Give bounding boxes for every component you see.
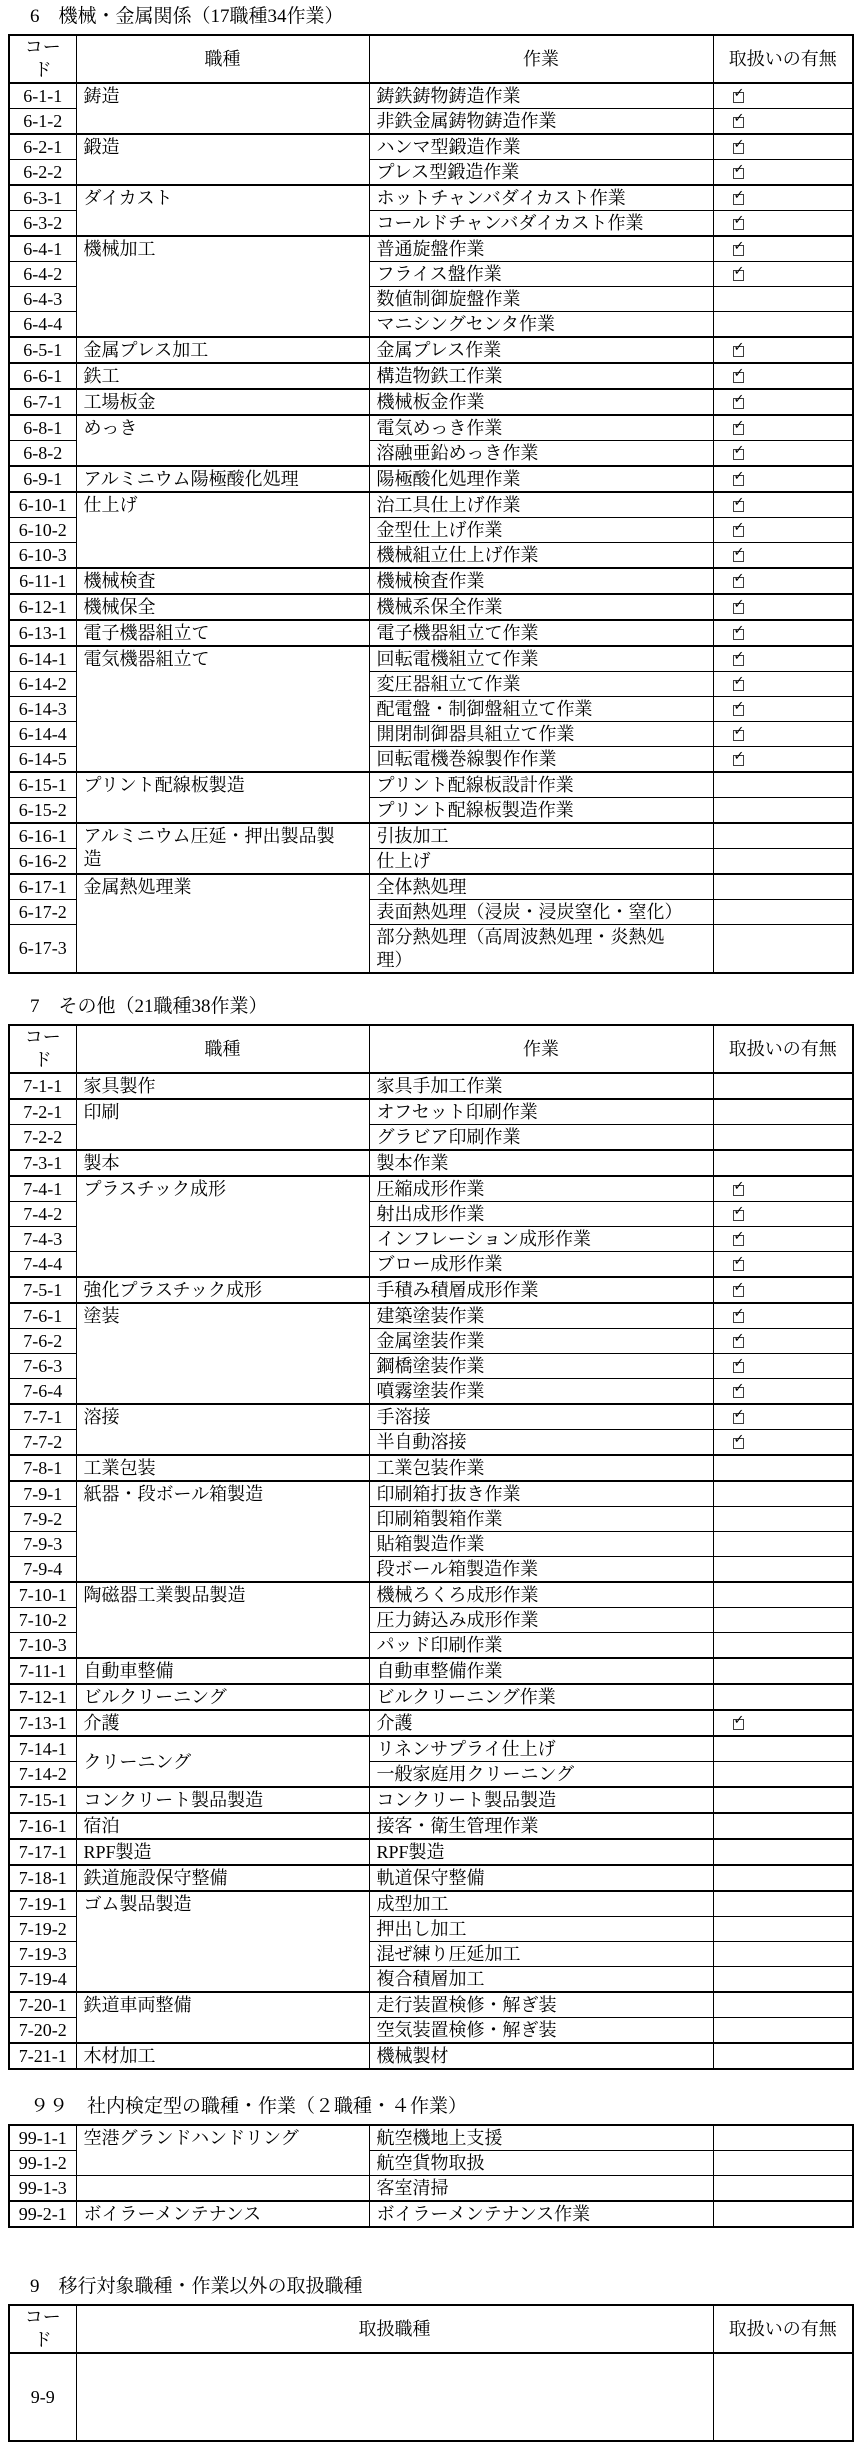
task-cell: 機械系保全作業 <box>369 594 713 620</box>
code-cell: 7-19-1 <box>9 1891 76 1917</box>
handled-cell <box>713 1787 853 1813</box>
checked-checkbox-icon: ✓ <box>733 475 744 486</box>
job-type-cell: 紙器・段ボール箱製造 <box>76 1481 369 1582</box>
job-type-cell: 強化プラスチック成形 <box>76 1277 369 1303</box>
section-title: 9 移行対象職種・作業以外の取扱職種 <box>30 2276 852 2298</box>
section-machine-metal: 6 機械・金属関係（17職種34作業） コー ド 職種 作業 取扱いの有無 6-… <box>8 6 852 974</box>
table-row: 6-13-1電子機器組立て電子機器組立て作業✓ <box>9 620 853 646</box>
job-type-cell: 機械保全 <box>76 594 369 620</box>
task-cell: 手溶接 <box>369 1404 713 1430</box>
task-cell: オフセット印刷作業 <box>369 1099 713 1125</box>
handled-cell <box>713 1942 853 1967</box>
job-type-cell: めっき <box>76 415 369 466</box>
handled-cell <box>713 1762 853 1788</box>
handled-cell <box>713 1917 853 1942</box>
checked-checkbox-icon: ✓ <box>733 680 744 691</box>
handled-cell: ✓ <box>713 83 853 109</box>
check-mark: ✓ <box>734 572 745 585</box>
handled-cell: ✓ <box>713 697 853 722</box>
code-cell: 7-6-4 <box>9 1379 76 1405</box>
job-type-cell: 電子機器組立て <box>76 620 369 646</box>
table-body: 7-1-1家具製作家具手加工作業7-2-1印刷オフセット印刷作業7-2-2グラビ… <box>9 1073 853 2069</box>
task-cell: 軌道保守整備 <box>369 1865 713 1891</box>
check-mark: ✓ <box>734 1382 745 1395</box>
checked-checkbox-icon: ✓ <box>733 1210 744 1221</box>
task-cell: 圧縮成形作業 <box>369 1176 713 1202</box>
check-mark: ✓ <box>734 393 745 406</box>
task-cell: プレス型鍛造作業 <box>369 160 713 186</box>
job-type-cell: 機械加工 <box>76 236 369 337</box>
code-column-header: コー ド <box>9 1025 76 1073</box>
table-row: 7-18-1鉄道施設保守整備軌道保守整備 <box>9 1865 853 1891</box>
jobs-table-others: コー ド 職種 作業 取扱いの有無 7-1-1家具製作家具手加工作業7-2-1印… <box>8 1024 854 2070</box>
check-mark: ✓ <box>734 138 745 151</box>
job-type-cell: 木材加工 <box>76 2043 369 2069</box>
job-type-cell: 鉄道施設保守整備 <box>76 1865 369 1891</box>
handled-cell <box>713 1073 853 1099</box>
task-cell: フライス盤作業 <box>369 262 713 287</box>
task-cell: 陽極酸化処理作業 <box>369 466 713 492</box>
handled-cell: ✓ <box>713 1404 853 1430</box>
checked-checkbox-icon: ✓ <box>733 143 744 154</box>
task-cell: 金属塗装作業 <box>369 1329 713 1354</box>
checked-checkbox-icon: ✓ <box>733 603 744 614</box>
job-type-cell: クリーニング <box>76 1736 369 1787</box>
code-cell: 7-11-1 <box>9 1658 76 1684</box>
handled-cell <box>713 1684 853 1710</box>
check-mark: ✓ <box>734 87 745 100</box>
checked-checkbox-icon: ✓ <box>733 1387 744 1398</box>
check-mark: ✓ <box>734 624 745 637</box>
code-cell: 6-1-1 <box>9 83 76 109</box>
checked-checkbox-icon: ✓ <box>733 194 744 205</box>
handled-cell <box>713 849 853 875</box>
check-mark: ✓ <box>734 214 745 227</box>
code-cell: 6-1-2 <box>9 109 76 135</box>
task-cell: 段ボール箱製造作業 <box>369 1557 713 1583</box>
task-cell: 自動車整備作業 <box>369 1658 713 1684</box>
checked-checkbox-icon: ✓ <box>733 1362 744 1373</box>
handled-cell: ✓ <box>713 1354 853 1379</box>
checked-checkbox-icon: ✓ <box>733 449 744 460</box>
check-mark: ✓ <box>734 650 745 663</box>
check-mark: ✓ <box>734 1357 745 1370</box>
task-cell: プリント配線板製造作業 <box>369 798 713 824</box>
checked-checkbox-icon: ✓ <box>733 245 744 256</box>
handled-cell: ✓ <box>713 1277 853 1303</box>
table-row: 7-6-1塗装建築塗装作業✓ <box>9 1303 853 1329</box>
check-mark: ✓ <box>734 1205 745 1218</box>
task-cell: RPF製造 <box>369 1839 713 1865</box>
table-row: 7-4-1プラスチック成形圧縮成形作業✓ <box>9 1176 853 1202</box>
table-row: 99-1-3客室清掃 <box>9 2176 853 2202</box>
handled-cell: ✓ <box>713 160 853 186</box>
checked-checkbox-icon: ✓ <box>733 219 744 230</box>
job-type-cell: 印刷 <box>76 1099 369 1150</box>
code-cell: 6-4-1 <box>9 236 76 262</box>
checked-checkbox-icon: ✓ <box>733 168 744 179</box>
job-type-cell: 鉄工 <box>76 363 369 389</box>
task-cell: プリント配線板設計作業 <box>369 772 713 798</box>
handled-cell: ✓ <box>713 1227 853 1252</box>
code-cell: 7-14-1 <box>9 1736 76 1762</box>
handled-cell: ✓ <box>713 1329 853 1354</box>
handled-cell <box>713 287 853 312</box>
code-cell: 7-9-1 <box>9 1481 76 1507</box>
job-type-cell: 自動車整備 <box>76 1658 369 1684</box>
handled-cell: ✓ <box>713 646 853 672</box>
handled-cell <box>713 2125 853 2151</box>
check-mark: ✓ <box>734 546 745 559</box>
handled-column-header: 取扱いの有無 <box>713 2305 853 2353</box>
table-row: 7-10-1陶磁器工業製品製造機械ろくろ成形作業 <box>9 1582 853 1608</box>
job-type-cell: コンクリート製品製造 <box>76 1787 369 1813</box>
code-cell: 6-14-2 <box>9 672 76 697</box>
task-cell: 部分熱処理（高周波熱処理・炎熱処 理） <box>369 925 713 974</box>
checked-checkbox-icon: ✓ <box>733 1413 744 1424</box>
code-column-header: コー ド <box>9 2305 76 2353</box>
checked-checkbox-icon: ✓ <box>733 730 744 741</box>
check-mark: ✓ <box>734 675 745 688</box>
handled-cell: ✓ <box>713 389 853 415</box>
task-cell: 工業包装作業 <box>369 1455 713 1481</box>
code-cell: 7-6-1 <box>9 1303 76 1329</box>
check-mark: ✓ <box>734 1255 745 1268</box>
task-cell: 鋳鉄鋳物鋳造作業 <box>369 83 713 109</box>
code-cell: 7-5-1 <box>9 1277 76 1303</box>
handled-cell <box>713 2353 853 2441</box>
checked-checkbox-icon: ✓ <box>733 1719 744 1730</box>
handled-cell: ✓ <box>713 518 853 543</box>
code-cell: 7-17-1 <box>9 1839 76 1865</box>
job-type-cell <box>76 2353 713 2441</box>
check-mark: ✓ <box>734 189 745 202</box>
code-cell: 6-10-2 <box>9 518 76 543</box>
task-cell: 仕上げ <box>369 849 713 875</box>
code-cell: 7-3-1 <box>9 1150 76 1176</box>
table-row: 7-5-1強化プラスチック成形手積み積層成形作業✓ <box>9 1277 853 1303</box>
code-cell: 99-1-1 <box>9 2125 76 2151</box>
table-header: コー ド 職種 作業 取扱いの有無 <box>9 1025 853 1073</box>
checked-checkbox-icon: ✓ <box>733 526 744 537</box>
handled-cell: ✓ <box>713 185 853 211</box>
job-type-cell: アルミニウム圧延・押出製品製 造 <box>76 823 369 874</box>
jobs-table-company-certification: 99-1-1空港グランドハンドリング航空機地上支援99-1-2航空貨物取扱99-… <box>8 2124 854 2228</box>
table-body: 6-1-1鋳造鋳鉄鋳物鋳造作業✓6-1-2非鉄金属鋳物鋳造作業✓6-2-1鍛造ハ… <box>9 83 853 973</box>
document-page: 6 機械・金属関係（17職種34作業） コー ド 職種 作業 取扱いの有無 6-… <box>0 0 858 2452</box>
task-cell: 貼箱製造作業 <box>369 1532 713 1557</box>
task-cell: 航空機地上支援 <box>369 2125 713 2151</box>
handled-cell <box>713 1507 853 1532</box>
code-cell: 7-20-1 <box>9 1992 76 2018</box>
code-cell: 99-1-3 <box>9 2176 76 2202</box>
check-mark: ✓ <box>734 470 745 483</box>
non-transfer-jobs-table: コー ド 取扱職種 取扱いの有無 9-9 <box>8 2304 854 2442</box>
code-cell: 6-15-1 <box>9 772 76 798</box>
table-row: 6-8-1めっき電気めっき作業✓ <box>9 415 853 441</box>
code-cell: 7-4-3 <box>9 1227 76 1252</box>
handled-cell <box>713 1481 853 1507</box>
table-row: 7-13-1介護介護✓ <box>9 1710 853 1736</box>
task-cell: マニシングセンタ作業 <box>369 312 713 338</box>
handled-cell <box>713 2018 853 2044</box>
handled-cell: ✓ <box>713 1303 853 1329</box>
job-type-cell: 鉄道車両整備 <box>76 1992 369 2043</box>
code-cell: 6-5-1 <box>9 337 76 363</box>
code-cell: 7-10-1 <box>9 1582 76 1608</box>
header-row: コー ド 職種 作業 取扱いの有無 <box>9 1025 853 1073</box>
table-row: 7-15-1コンクリート製品製造コンクリート製品製造 <box>9 1787 853 1813</box>
handled-cell <box>713 1125 853 1151</box>
table-body: 9-9 <box>9 2353 853 2441</box>
code-cell: 6-7-1 <box>9 389 76 415</box>
checked-checkbox-icon: ✓ <box>733 346 744 357</box>
checked-checkbox-icon: ✓ <box>733 655 744 666</box>
code-cell: 6-3-1 <box>9 185 76 211</box>
table-row: 7-16-1宿泊接客・衛生管理作業 <box>9 1813 853 1839</box>
section-others: 7 その他（21職種38作業） コー ド 職種 作業 取扱いの有無 7-1-1家… <box>8 996 852 2070</box>
task-cell: 半自動溶接 <box>369 1430 713 1456</box>
handled-column-header: 取扱いの有無 <box>713 35 853 83</box>
handled-cell: ✓ <box>713 1252 853 1278</box>
task-cell: 印刷箱打抜き作業 <box>369 1481 713 1507</box>
task-cell: 建築塗装作業 <box>369 1303 713 1329</box>
table-row: 7-21-1木材加工機械製材 <box>9 2043 853 2069</box>
job-type-cell: 工場板金 <box>76 389 369 415</box>
handled-cell <box>713 1150 853 1176</box>
table-row: 7-7-1溶接手溶接✓ <box>9 1404 853 1430</box>
checked-checkbox-icon: ✓ <box>733 1185 744 1196</box>
task-cell: 圧力鋳込み成形作業 <box>369 1608 713 1633</box>
table-body: 99-1-1空港グランドハンドリング航空機地上支援99-1-2航空貨物取扱99-… <box>9 2125 853 2227</box>
checked-checkbox-icon: ✓ <box>733 551 744 562</box>
handled-cell <box>713 1813 853 1839</box>
job-type-cell: 鋳造 <box>76 83 369 134</box>
table-row: 6-12-1機械保全機械系保全作業✓ <box>9 594 853 620</box>
task-cell: ブロー成形作業 <box>369 1252 713 1278</box>
task-column-header: 作業 <box>369 1025 713 1073</box>
job-type-cell: ビルクリーニング <box>76 1684 369 1710</box>
handled-cell <box>713 925 853 974</box>
job-type-cell: RPF製造 <box>76 1839 369 1865</box>
code-cell: 6-11-1 <box>9 568 76 594</box>
handled-cell <box>713 1992 853 2018</box>
job-type-cell: 宿泊 <box>76 1813 369 1839</box>
checked-checkbox-icon: ✓ <box>733 1312 744 1323</box>
job-type-cell <box>76 2176 369 2202</box>
code-cell: 6-2-2 <box>9 160 76 186</box>
checked-checkbox-icon: ✓ <box>733 117 744 128</box>
task-cell: 表面熱処理（浸炭・浸炭窒化・窒化） <box>369 900 713 925</box>
table-row: 7-2-1印刷オフセット印刷作業 <box>9 1099 853 1125</box>
table-row: 6-11-1機械検査機械検査作業✓ <box>9 568 853 594</box>
handled-cell: ✓ <box>713 543 853 569</box>
check-mark: ✓ <box>734 1281 745 1294</box>
code-cell: 7-2-1 <box>9 1099 76 1125</box>
job-type-cell: 金属熱処理業 <box>76 874 369 973</box>
handled-cell <box>713 1658 853 1684</box>
job-type-cell: 製本 <box>76 1150 369 1176</box>
task-cell: 機械板金作業 <box>369 389 713 415</box>
section-non-transfer-jobs: 9 移行対象職種・作業以外の取扱職種 コー ド 取扱職種 取扱いの有無 9-9 <box>8 2276 852 2442</box>
handled-cell <box>713 874 853 900</box>
handled-cell <box>713 1608 853 1633</box>
task-cell: 射出成形作業 <box>369 1202 713 1227</box>
check-mark: ✓ <box>734 750 745 763</box>
task-cell: 回転電機巻線製作作業 <box>369 747 713 773</box>
task-cell: 航空貨物取扱 <box>369 2151 713 2176</box>
checked-checkbox-icon: ✓ <box>733 1260 744 1271</box>
handled-cell <box>713 2176 853 2202</box>
section-title: 7 その他（21職種38作業） <box>30 996 852 1018</box>
checked-checkbox-icon: ✓ <box>733 270 744 281</box>
task-cell: 接客・衛生管理作業 <box>369 1813 713 1839</box>
check-mark: ✓ <box>734 1714 745 1727</box>
handled-cell: ✓ <box>713 466 853 492</box>
job-type-cell: ダイカスト <box>76 185 369 236</box>
code-cell: 7-7-2 <box>9 1430 76 1456</box>
check-mark: ✓ <box>734 1230 745 1243</box>
task-cell: 噴霧塗装作業 <box>369 1379 713 1405</box>
code-cell: 6-2-1 <box>9 134 76 160</box>
check-mark: ✓ <box>734 444 745 457</box>
check-mark: ✓ <box>734 521 745 534</box>
task-cell: 押出し加工 <box>369 1917 713 1942</box>
code-cell: 7-9-4 <box>9 1557 76 1583</box>
task-cell: 開閉制御器具組立て作業 <box>369 722 713 747</box>
table-header: コー ド 取扱職種 取扱いの有無 <box>9 2305 853 2353</box>
handled-cell <box>713 1582 853 1608</box>
check-mark: ✓ <box>734 163 745 176</box>
check-mark: ✓ <box>734 265 745 278</box>
checked-checkbox-icon: ✓ <box>733 1337 744 1348</box>
code-cell: 7-4-2 <box>9 1202 76 1227</box>
code-cell: 6-12-1 <box>9 594 76 620</box>
task-cell: 機械製材 <box>369 2043 713 2069</box>
handled-cell <box>713 1736 853 1762</box>
code-cell: 99-2-1 <box>9 2201 76 2227</box>
task-cell: 変圧器組立て作業 <box>369 672 713 697</box>
table-row: 7-8-1工業包装工業包装作業 <box>9 1455 853 1481</box>
code-cell: 9-9 <box>9 2353 76 2441</box>
check-mark: ✓ <box>734 1408 745 1421</box>
table-row: 6-3-1ダイカストホットチャンバダイカスト作業✓ <box>9 185 853 211</box>
task-cell: 機械ろくろ成形作業 <box>369 1582 713 1608</box>
table-row: 7-20-1鉄道車両整備走行装置検修・解ぎ装 <box>9 1992 853 2018</box>
code-cell: 6-8-2 <box>9 441 76 467</box>
handled-cell: ✓ <box>713 747 853 773</box>
job-type-cell: 鍛造 <box>76 134 369 185</box>
code-cell: 6-10-3 <box>9 543 76 569</box>
code-cell: 7-6-3 <box>9 1354 76 1379</box>
task-cell: 非鉄金属鋳物鋳造作業 <box>369 109 713 135</box>
code-cell: 6-4-3 <box>9 287 76 312</box>
check-mark: ✓ <box>734 1180 745 1193</box>
handled-cell <box>713 1557 853 1583</box>
code-cell: 7-9-3 <box>9 1532 76 1557</box>
code-cell: 7-9-2 <box>9 1507 76 1532</box>
task-cell: 全体熱処理 <box>369 874 713 900</box>
code-cell: 6-8-1 <box>9 415 76 441</box>
section-company-certification: ９９ 社内検定型の職種・作業（２職種・４作業） 99-1-1空港グランドハンドリ… <box>8 2096 852 2228</box>
task-cell: 手積み積層成形作業 <box>369 1277 713 1303</box>
task-cell: 溶融亜鉛めっき作業 <box>369 441 713 467</box>
job-type-cell: ボイラーメンテナンス <box>76 2201 369 2227</box>
job-type-cell: 介護 <box>76 1710 369 1736</box>
header-row: コー ド 取扱職種 取扱いの有無 <box>9 2305 853 2353</box>
code-cell: 6-15-2 <box>9 798 76 824</box>
handled-cell: ✓ <box>713 1202 853 1227</box>
table-row: 6-17-1金属熱処理業全体熱処理 <box>9 874 853 900</box>
handled-cell <box>713 312 853 338</box>
task-cell: 普通旋盤作業 <box>369 236 713 262</box>
job-type-cell: 工業包装 <box>76 1455 369 1481</box>
code-cell: 7-4-4 <box>9 1252 76 1278</box>
handled-cell <box>713 798 853 824</box>
code-cell: 7-2-2 <box>9 1125 76 1151</box>
task-cell: 一般家庭用クリーニング <box>369 1762 713 1788</box>
table-row: 7-19-1ゴム製品製造成型加工 <box>9 1891 853 1917</box>
checked-checkbox-icon: ✓ <box>733 1235 744 1246</box>
checked-checkbox-icon: ✓ <box>733 501 744 512</box>
code-cell: 6-16-2 <box>9 849 76 875</box>
task-cell: 金属プレス作業 <box>369 337 713 363</box>
handled-cell: ✓ <box>713 594 853 620</box>
handled-cell: ✓ <box>713 441 853 467</box>
table-row: 6-5-1金属プレス加工金属プレス作業✓ <box>9 337 853 363</box>
code-cell: 6-6-1 <box>9 363 76 389</box>
check-mark: ✓ <box>734 1332 745 1345</box>
handled-cell: ✓ <box>713 363 853 389</box>
job-type-cell: 溶接 <box>76 1404 369 1455</box>
handled-cell: ✓ <box>713 337 853 363</box>
table-row: 6-10-1仕上げ治工具仕上げ作業✓ <box>9 492 853 518</box>
task-cell: 構造物鉄工作業 <box>369 363 713 389</box>
job-type-cell: アルミニウム陽極酸化処理 <box>76 466 369 492</box>
job-type-cell: 家具製作 <box>76 1073 369 1099</box>
task-cell: 製本作業 <box>369 1150 713 1176</box>
code-cell: 6-3-2 <box>9 211 76 237</box>
handled-cell <box>713 2201 853 2227</box>
handled-cell <box>713 2151 853 2176</box>
check-mark: ✓ <box>734 1433 745 1446</box>
task-cell: コンクリート製品製造 <box>369 1787 713 1813</box>
code-cell: 7-6-2 <box>9 1329 76 1354</box>
section-title: ９９ 社内検定型の職種・作業（２職種・４作業） <box>30 2096 852 2118</box>
table-row: 6-1-1鋳造鋳鉄鋳物鋳造作業✓ <box>9 83 853 109</box>
table-row: 6-6-1鉄工構造物鉄工作業✓ <box>9 363 853 389</box>
check-mark: ✓ <box>734 598 745 611</box>
handled-job-column-header: 取扱職種 <box>76 2305 713 2353</box>
code-cell: 6-13-1 <box>9 620 76 646</box>
code-cell: 7-14-2 <box>9 1762 76 1788</box>
task-cell: 鋼橋塗装作業 <box>369 1354 713 1379</box>
task-column-header: 作業 <box>369 35 713 83</box>
task-cell: 走行装置検修・解ぎ装 <box>369 1992 713 2018</box>
code-cell: 7-1-1 <box>9 1073 76 1099</box>
code-cell: 7-8-1 <box>9 1455 76 1481</box>
code-cell: 6-17-3 <box>9 925 76 974</box>
code-cell: 7-18-1 <box>9 1865 76 1891</box>
job-type-cell: プラスチック成形 <box>76 1176 369 1277</box>
code-cell: 7-12-1 <box>9 1684 76 1710</box>
handled-cell: ✓ <box>713 134 853 160</box>
code-cell: 6-17-1 <box>9 874 76 900</box>
check-mark: ✓ <box>734 341 745 354</box>
handled-cell <box>713 823 853 849</box>
handled-cell: ✓ <box>713 262 853 287</box>
checked-checkbox-icon: ✓ <box>733 629 744 640</box>
